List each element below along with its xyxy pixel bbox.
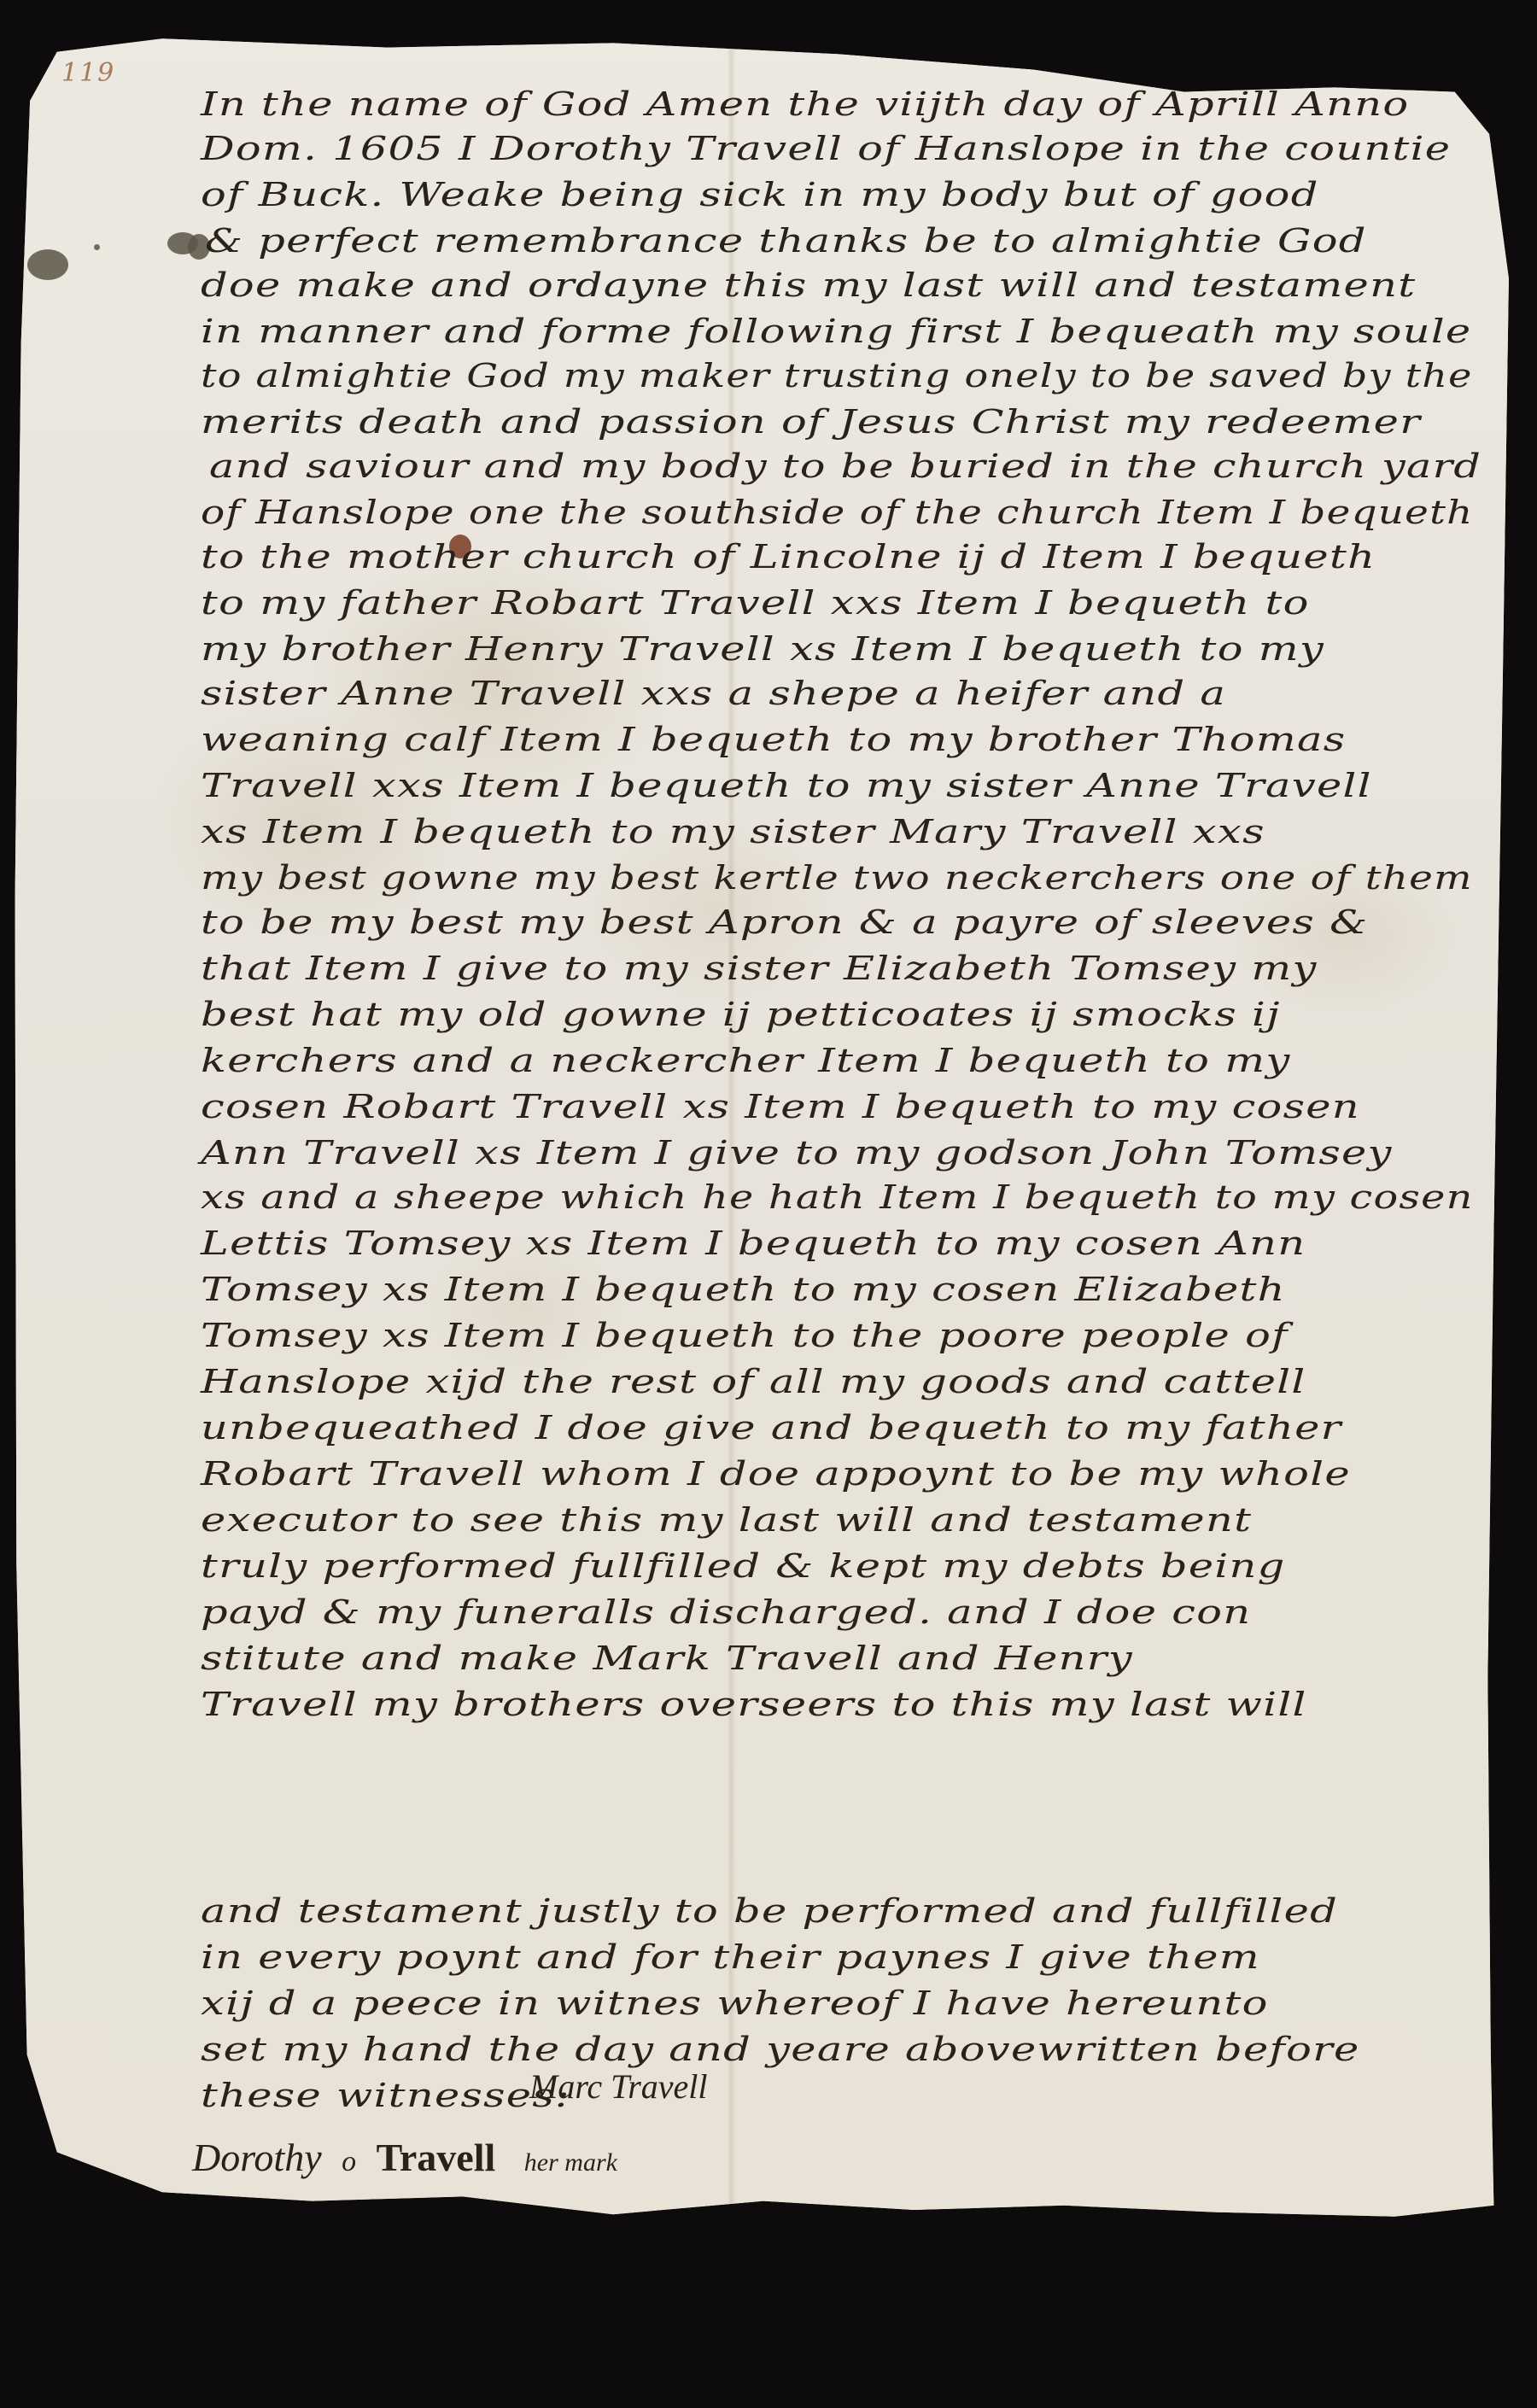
text-line: truly performed fullfilled & kept my deb… (201, 1547, 1286, 1585)
folio-number: 119 (61, 58, 115, 88)
text-line: executor to see this my last will and te… (201, 1501, 1252, 1539)
text-line: doe make and ordayne this my last will a… (201, 266, 1416, 304)
text-line: & perfect remembrance thanks be to almig… (205, 222, 1367, 260)
text-line: my best gowne my best kertle two neckerc… (201, 859, 1473, 897)
text-line: Robart Travell whom I doe appoynt to be … (201, 1455, 1351, 1493)
text-line: xs Item I bequeth to my sister Mary Trav… (201, 813, 1265, 850)
text-line: best hat my old gowne ij petticoates ij … (201, 996, 1281, 1033)
text-line: xij d a peece in witnes whereof I have h… (201, 1984, 1269, 2022)
text-line: xs and a sheepe which he hath Item I beq… (201, 1178, 1474, 1216)
text-line: stitute and make Mark Travell and Henry (201, 1639, 1133, 1677)
text-line: merits death and passion of Jesus Christ… (201, 403, 1421, 441)
text-line: Tomsey xs Item I bequeth to my cosen Eli… (201, 1271, 1286, 1308)
text-line: payd & my funeralls discharged. and I do… (201, 1593, 1251, 1631)
testator-mark: o (342, 2146, 356, 2177)
text-line: set my hand the day and yeare abovewritt… (201, 2031, 1360, 2068)
text-line: In the name of God Amen the viijth day o… (201, 85, 1409, 123)
text-line: Dom. 1605 I Dorothy Travell of Hanslope … (201, 130, 1451, 167)
text-line: to the mother church of Lincolne ij d It… (201, 538, 1376, 576)
text-line: Ann Travell xs Item I give to my godson … (201, 1134, 1393, 1172)
text-line: and saviour and my body to be buried in … (209, 447, 1481, 485)
testator-signature: Dorothy o Travell her mark (192, 2135, 617, 2180)
text-line: in every poynt and for their paynes I gi… (201, 1938, 1260, 1976)
testator-surname: Travell (377, 2136, 496, 2179)
text-line: Tomsey xs Item I bequeth to the poore pe… (201, 1317, 1289, 1354)
text-line: my brother Henry Travell xs Item I beque… (201, 630, 1324, 668)
ink-blot (94, 244, 100, 250)
text-line: that Item I give to my sister Elizabeth … (201, 950, 1318, 987)
witness-signature: Marc Travell (529, 2066, 708, 2107)
text-line: of Hanslope one the southside of the chu… (201, 494, 1474, 531)
text-line: unbequeathed I doe give and bequeth to m… (201, 1409, 1342, 1447)
text-line: weaning calf Item I bequeth to my brothe… (201, 721, 1346, 758)
text-line: Travell my brothers overseers to this my… (201, 1686, 1307, 1723)
text-line: these witnesses: (201, 2077, 570, 2114)
testator-name: Dorothy (192, 2136, 322, 2179)
text-line: to my father Robart Travell xxs Item I b… (201, 584, 1310, 622)
text-line: sister Anne Travell xxs a shepe a heifer… (201, 675, 1226, 712)
text-line: in manner and forme following first I be… (201, 313, 1471, 350)
text-line: and testament justly to be performed and… (201, 1892, 1338, 1930)
text-line: kerchers and a neckercher Item I bequeth… (201, 1042, 1291, 1079)
text-line: cosen Robart Travell xs Item I bequeth t… (201, 1088, 1360, 1125)
text-line: to almightie God my maker trusting onely… (201, 357, 1473, 395)
ink-blot (27, 249, 68, 280)
text-line: of Buck. Weake being sick in my body but… (201, 176, 1319, 213)
text-line: Hanslope xijd the rest of all my goods a… (201, 1363, 1306, 1400)
text-line: Lettis Tomsey xs Item I bequeth to my co… (201, 1224, 1306, 1262)
text-line: Travell xxs Item I bequeth to my sister … (201, 767, 1372, 804)
text-line: to be my best my best Apron & a payre of… (201, 903, 1368, 941)
testator-note: her mark (524, 2148, 617, 2177)
